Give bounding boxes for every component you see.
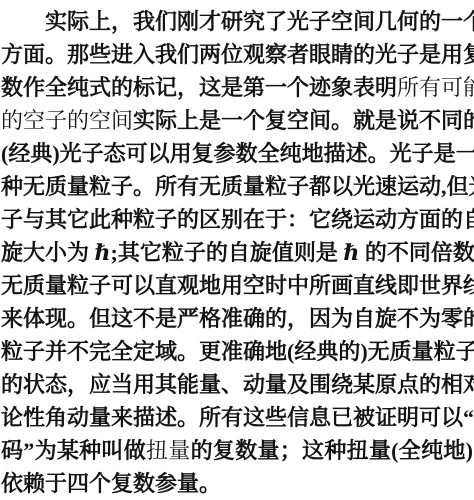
paragraph-text-block: 实际上，我们刚才研究了光子空间几何的一个方面。那些进入我们两位观察者眼睛的光子是… <box>0 5 474 500</box>
text-line: 种无质量粒子。所有无质量粒子都以光速运动,但光 <box>0 170 474 203</box>
text-segment: 粒子并不完全定域。更准确地(经典的)无质量粒子 <box>1 339 474 364</box>
text-segment: 论性角动量来描述。所有这些信息已被证明可以“编 <box>1 405 474 430</box>
text-line: 的空子的空间实际上是一个复空间。就是说不同的 <box>0 104 474 137</box>
text-segment: 实际上是一个复空间。就是说不同的 <box>133 108 474 133</box>
text-segment: 扭量 <box>146 438 191 463</box>
text-segment: ;其它粒子的自旋值则是 <box>111 240 344 265</box>
text-line: 来体现。但这不是严格准确的，因为自旋不为零的 <box>0 302 474 335</box>
text-line: 依赖于四个复数参量。 <box>0 467 474 500</box>
text-segment: 旋大小为 <box>1 240 95 265</box>
text-segment: 所有可能 <box>397 75 474 100</box>
text-line: 子与其它此种粒子的区别在于：它绕运动方面的自 <box>0 203 474 236</box>
text-line: 无质量粒子可以直观地用空时中所画直线即世界线 <box>0 269 474 302</box>
text-segment: 的不同倍数。 <box>359 240 474 265</box>
text-line: 实际上，我们刚才研究了光子空间几何的一个 <box>0 5 474 38</box>
text-segment: 码”为某种叫做 <box>1 438 146 463</box>
hbar-symbol: ℏ <box>343 240 359 266</box>
text-line: 旋大小为 ℏ;其它粒子的自旋值则是 ℏ 的不同倍数。 <box>0 236 474 269</box>
text-segment: 来体现。但这不是严格准确的，因为自旋不为零的 <box>1 306 474 331</box>
text-segment: 方面。那些进入我们两位观察者眼睛的光子是用复 <box>1 42 474 67</box>
text-segment: 依赖于四个复数参量。 <box>1 471 221 496</box>
text-line: 粒子并不完全定域。更准确地(经典的)无质量粒子 <box>0 335 474 368</box>
text-line: (经典)光子态可以用复参数全纯地描述。光子是一 <box>0 137 474 170</box>
text-line: 的状态，应当用其能量、动量及围绕某原点的相对 <box>0 368 474 401</box>
text-segment: 数作全纯式的标记，这是第一个迹象表明 <box>1 75 397 100</box>
text-segment: 无质量粒子可以直观地用空时中所画直线即世界线 <box>1 273 474 298</box>
book-page: 实际上，我们刚才研究了光子空间几何的一个方面。那些进入我们两位观察者眼睛的光子是… <box>0 0 474 500</box>
text-line: 论性角动量来描述。所有这些信息已被证明可以“编 <box>0 401 474 434</box>
text-segment: 实际上，我们刚才研究了光子空间几何的一个 <box>45 9 474 34</box>
text-line: 数作全纯式的标记，这是第一个迹象表明所有可能 <box>0 71 474 104</box>
text-segment: 的空子的空间 <box>1 108 133 133</box>
text-line: 码”为某种叫做扭量的复数量；这种扭量(全纯地) <box>0 434 474 467</box>
hbar-symbol: ℏ <box>95 240 111 266</box>
text-segment: (经典)光子态可以用复参数全纯地描述。光子是一 <box>1 141 474 166</box>
text-segment: 的复数量；这种扭量(全纯地) <box>191 438 473 463</box>
text-line: 方面。那些进入我们两位观察者眼睛的光子是用复 <box>0 38 474 71</box>
text-segment: 种无质量粒子。所有无质量粒子都以光速运动,但光 <box>1 174 474 199</box>
text-segment: 子与其它此种粒子的区别在于：它绕运动方面的自 <box>1 207 474 232</box>
text-segment: 的状态，应当用其能量、动量及围绕某原点的相对 <box>1 372 474 397</box>
